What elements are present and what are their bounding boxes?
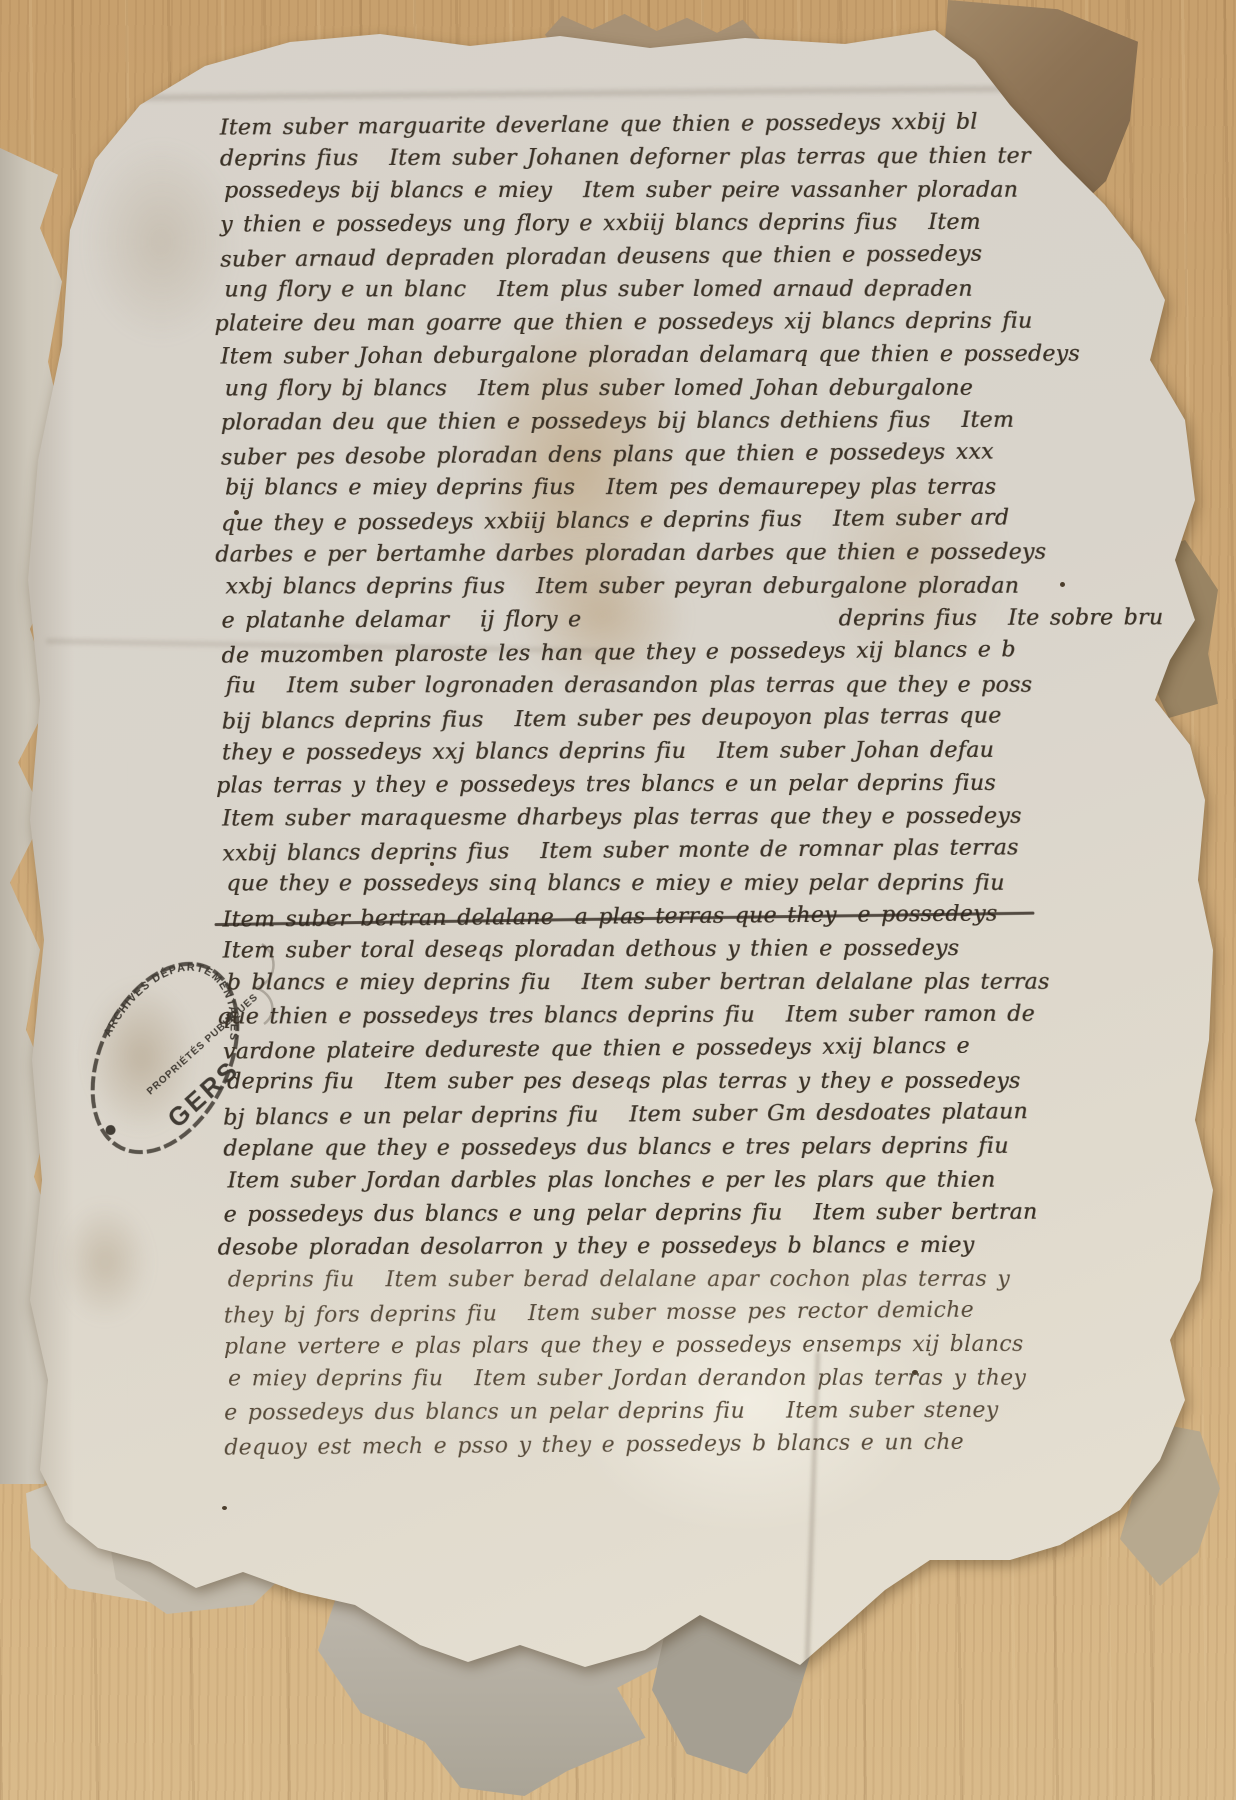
text-line: deprins fiu Item suber berad delalane ap… [228,1263,1128,1297]
text-line: desobe ploradan desolarron y they e poss… [218,1228,1118,1264]
text-line: ung flory bj blancs Item plus suber lome… [225,372,1125,406]
text-line: suber pes desobe ploradan dens plans que… [221,434,1121,474]
text-line: Item suber toral deseqs ploradan dethous… [223,931,1123,967]
text-line: e possedeys dus blancs e ung pelar depri… [223,1195,1123,1231]
page-shadow-wrapper: ARCHIVES DÉPARTEMENTALES PROPRIÉTÉS PUBL… [0,0,1236,1800]
text-line: Item suber Johan deburgalone ploradan de… [220,337,1120,373]
text-line: e possedeys dus blancs un pelar deprins … [224,1393,1124,1429]
manuscript-photo: ARCHIVES DÉPARTEMENTALES PROPRIÉTÉS PUBL… [0,0,1236,1800]
text-line: xxbij blancs deprins fius Item suber mon… [222,830,1122,870]
text-line: de muzomben plaroste les han que they e … [221,632,1121,672]
stain-left-margin-2 [60,1202,150,1322]
text-line: vardone plateire dedureste que thien e p… [223,1028,1123,1068]
text-line: que they e possedeys xxbiij blancs e dep… [221,500,1121,540]
text-line: Item suber marguarite deverlane que thie… [220,104,1120,144]
text-line: plas terras y they e possedeys tres blan… [216,766,1116,802]
text-line: b blancs e miey deprins fiu Item suber b… [227,966,1127,1000]
text-line: ploradan deu que thien e possedeys bij b… [221,403,1121,439]
text-line: deplane que they e possedeys dus blancs … [223,1129,1123,1165]
text-line-struck: Item suber bertran delalane a plas terra… [222,896,1122,936]
text-line: possedeys bij blancs e miey Item suber p… [224,174,1124,208]
manuscript-page: ARCHIVES DÉPARTEMENTALES PROPRIÉTÉS PUBL… [26,22,1226,1702]
text-line: Item suber Jordan darbles plas lonches e… [227,1164,1127,1198]
text-line: Item suber maraquesme dharbeys plas terr… [222,799,1122,835]
text-line: bij blancs e miey deprins fius Item pes … [225,471,1125,505]
text-line: ung flory e un blanc Item plus suber lom… [224,273,1124,307]
text-line: darbes e per bertamhe darbes ploradan da… [215,535,1115,571]
text-line: plateire deu man goarre que thien e poss… [214,304,1114,340]
text-line: they bj fors deprins fiu Item suber moss… [224,1292,1124,1332]
text-line: plane vertere e plas plars que they e po… [224,1327,1124,1363]
text-line: deprins fius Item suber Johanen deforner… [220,139,1120,175]
text-line: bij blancs deprins fius Item suber pes d… [222,698,1122,738]
manuscript-text: Item suber marguarite deverlane que thie… [220,106,1125,1462]
text-line: dequoy est mech e psso y they e possedey… [224,1424,1124,1464]
text-line: e miey deprins fiu Item suber Jordan der… [228,1362,1128,1396]
text-line: deprins fiu Item suber pes deseqs plas t… [227,1065,1127,1099]
text-line: y thien e possedeys ung flory e xxbiij b… [220,205,1120,241]
text-line: xxbj blancs deprins fius Item suber peyr… [225,570,1125,604]
text-line: they e possedeys xxj blancs deprins fiu … [222,733,1122,769]
crease-top [66,82,1146,103]
text-line: que they e possedeys sinq blancs e miey … [226,867,1126,901]
text-line: bj blancs e un pelar deprins fiu Item su… [223,1094,1123,1134]
text-line: fiu Item suber logronaden derasandon pla… [226,669,1126,703]
text-line: que thien e possedeys tres blancs deprin… [217,997,1117,1033]
text-line: suber arnaud depraden ploradan deusens q… [220,236,1120,276]
ink-speck [518,28,527,35]
text-line: e platanhe delamar ij flory e deprins fi… [221,601,1121,637]
ink-speck [222,1506,227,1510]
